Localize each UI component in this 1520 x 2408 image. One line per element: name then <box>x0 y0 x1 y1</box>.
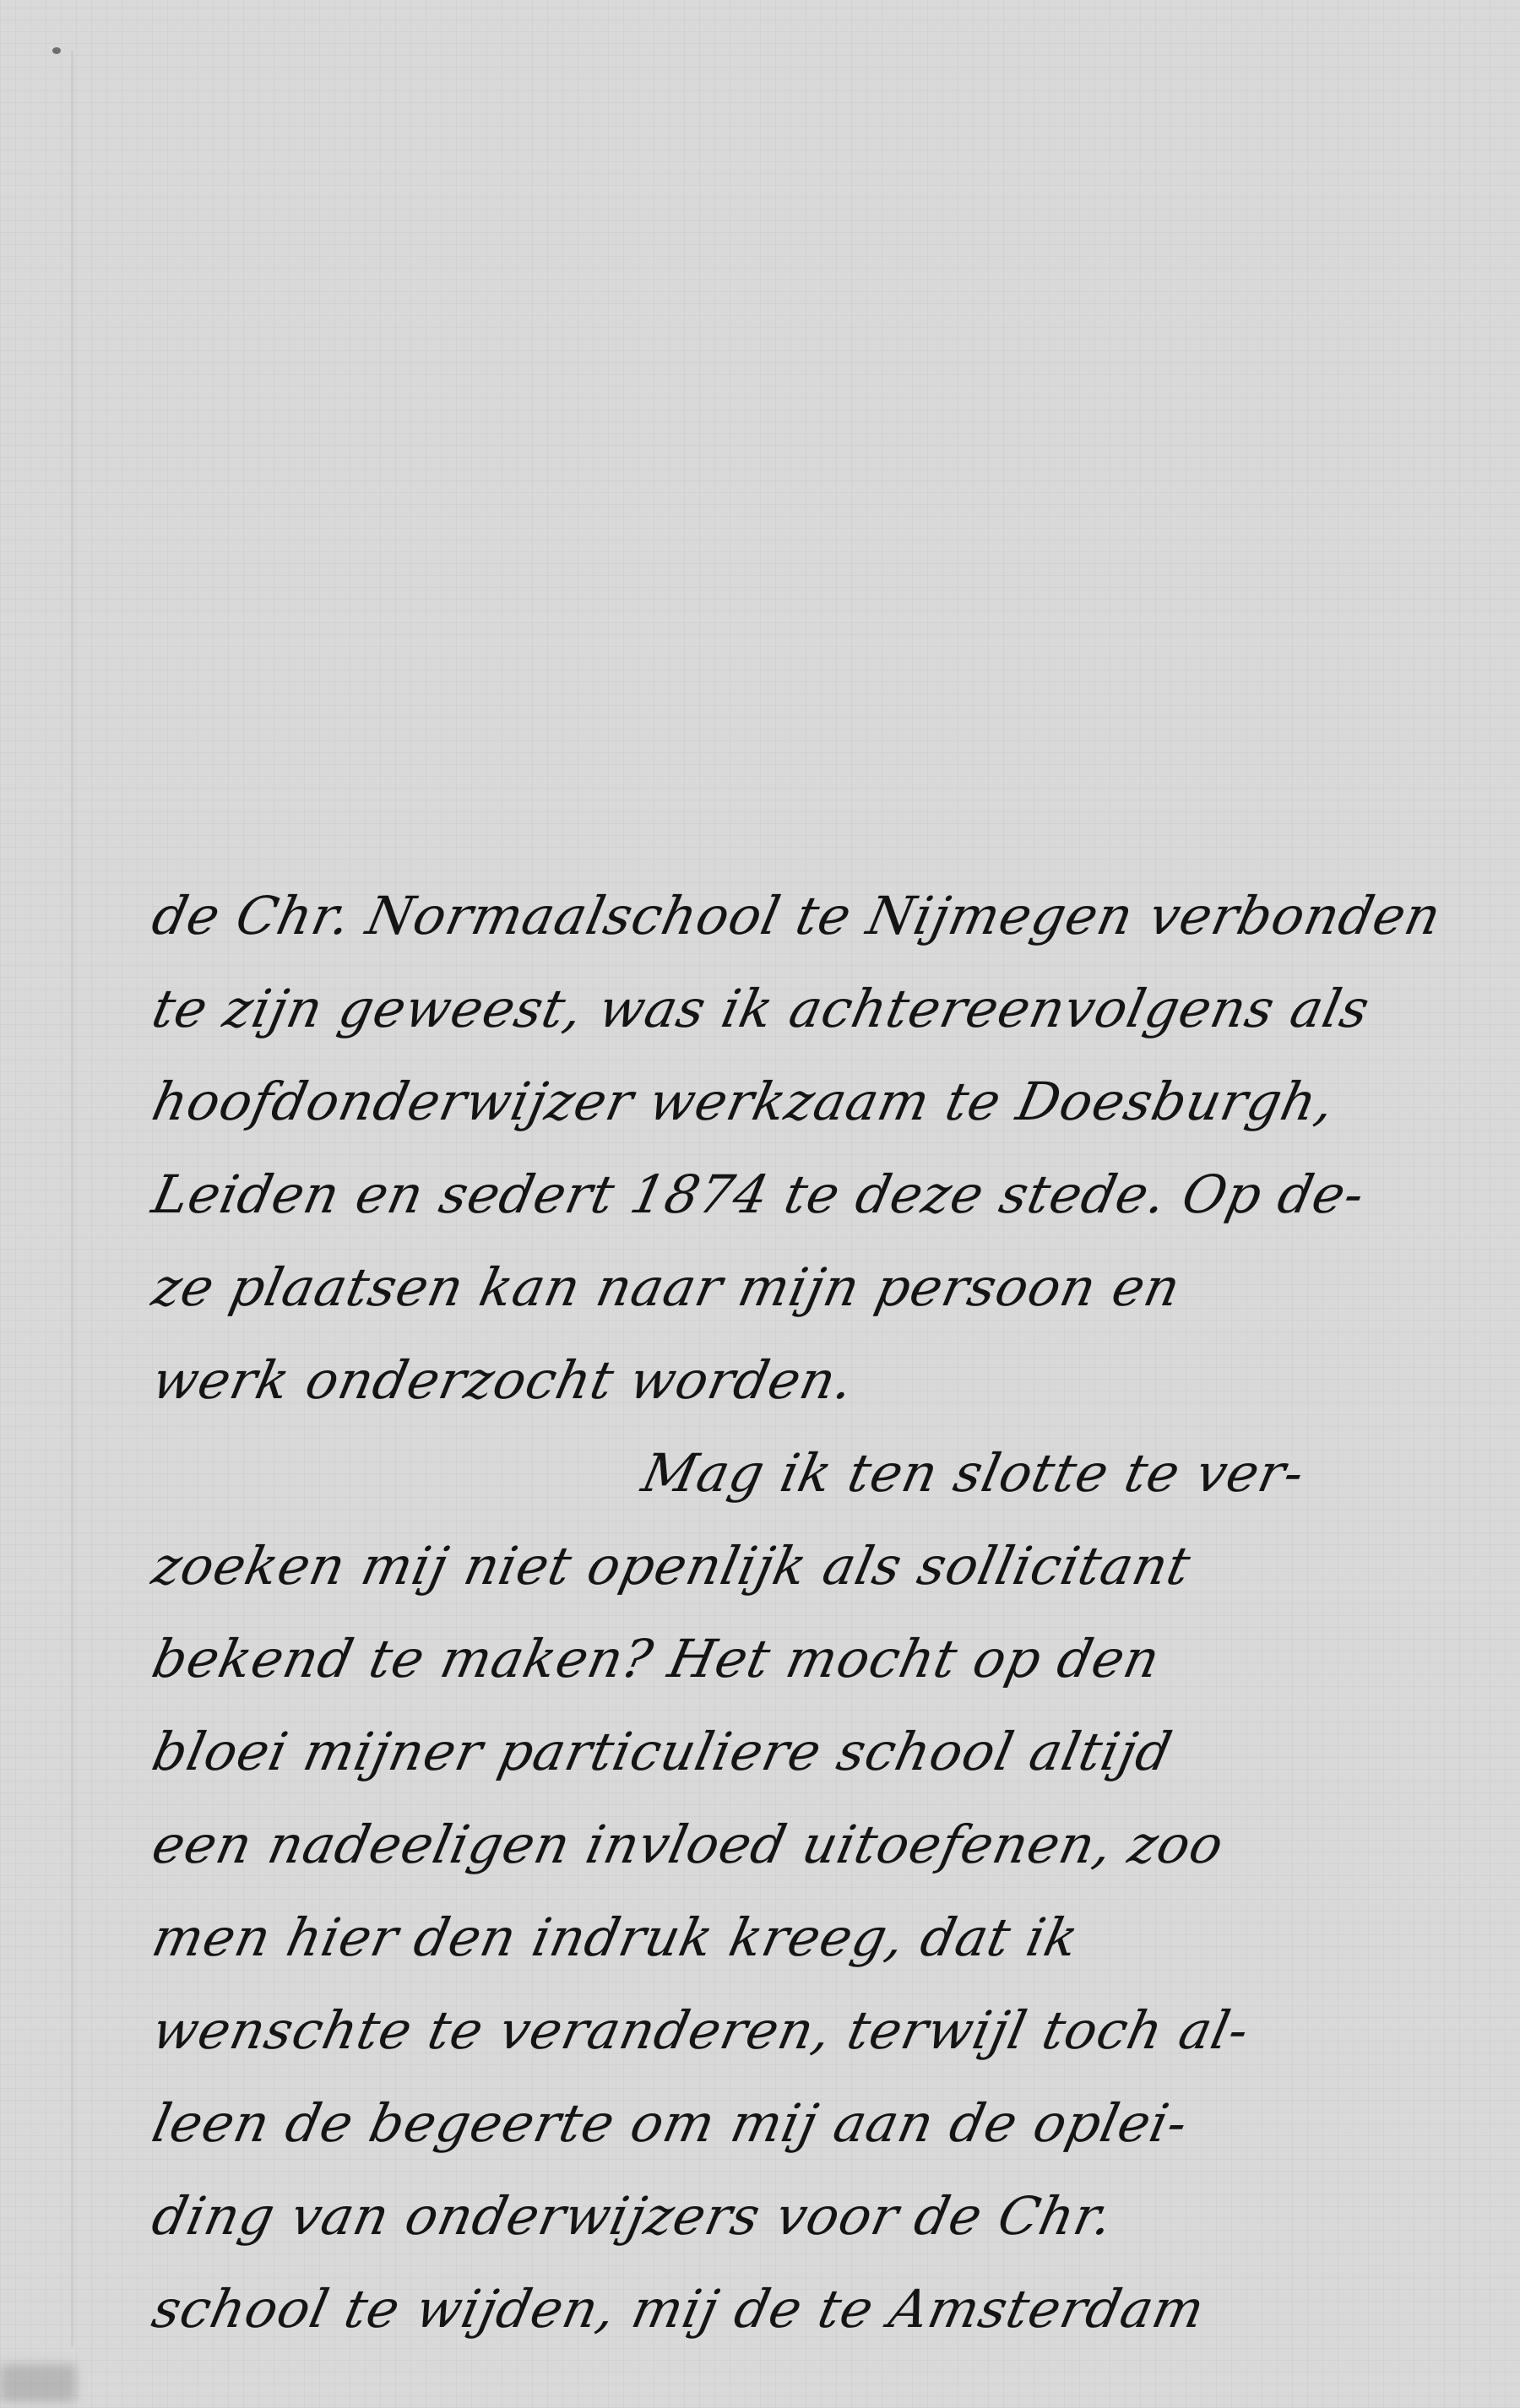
text-line: school te wijden, mij de te Amsterdam <box>144 2263 1520 2356</box>
text-line: werk onderzocht worden. <box>144 1334 1520 1427</box>
handwritten-text-block: de Chr. Normaalschool te Nijmegen verbon… <box>144 870 1520 2356</box>
text-line: ze plaatsen kan naar mijn persoon en <box>144 1241 1520 1334</box>
paragraph-start-line: Mag ik ten slotte te ver- <box>144 1427 1520 1520</box>
ink-speck <box>52 47 61 54</box>
text-line: Leiden en sedert 1874 te deze stede. Op … <box>144 1148 1520 1241</box>
text-line: een nadeeligen invloed uitoefenen, zoo <box>144 1798 1520 1891</box>
text-line: bekend te maken? Het mocht op den <box>144 1613 1520 1706</box>
text-line: wenschte te veranderen, terwijl toch al- <box>144 1984 1520 2077</box>
text-line: leen de begeerte om mij aan de oplei- <box>144 2077 1520 2170</box>
text-line: hoofdonderwijzer werkzaam te Doesburgh, <box>144 1055 1520 1148</box>
text-line: bloei mijner particuliere school altijd <box>144 1706 1520 1798</box>
text-line: men hier den indruk kreeg, dat ik <box>144 1891 1520 1984</box>
text-line: ding van onderwijzers voor de Chr. <box>144 2170 1520 2263</box>
corner-smudge <box>0 2364 76 2402</box>
text-line: de Chr. Normaalschool te Nijmegen verbon… <box>144 870 1520 963</box>
paper-margin-line <box>71 51 73 2347</box>
text-line: te zijn geweest, was ik achtereenvolgens… <box>144 963 1520 1055</box>
text-line: zoeken mij niet openlijk als sollicitant <box>144 1520 1520 1613</box>
scanned-letter-page: de Chr. Normaalschool te Nijmegen verbon… <box>0 0 1520 2408</box>
